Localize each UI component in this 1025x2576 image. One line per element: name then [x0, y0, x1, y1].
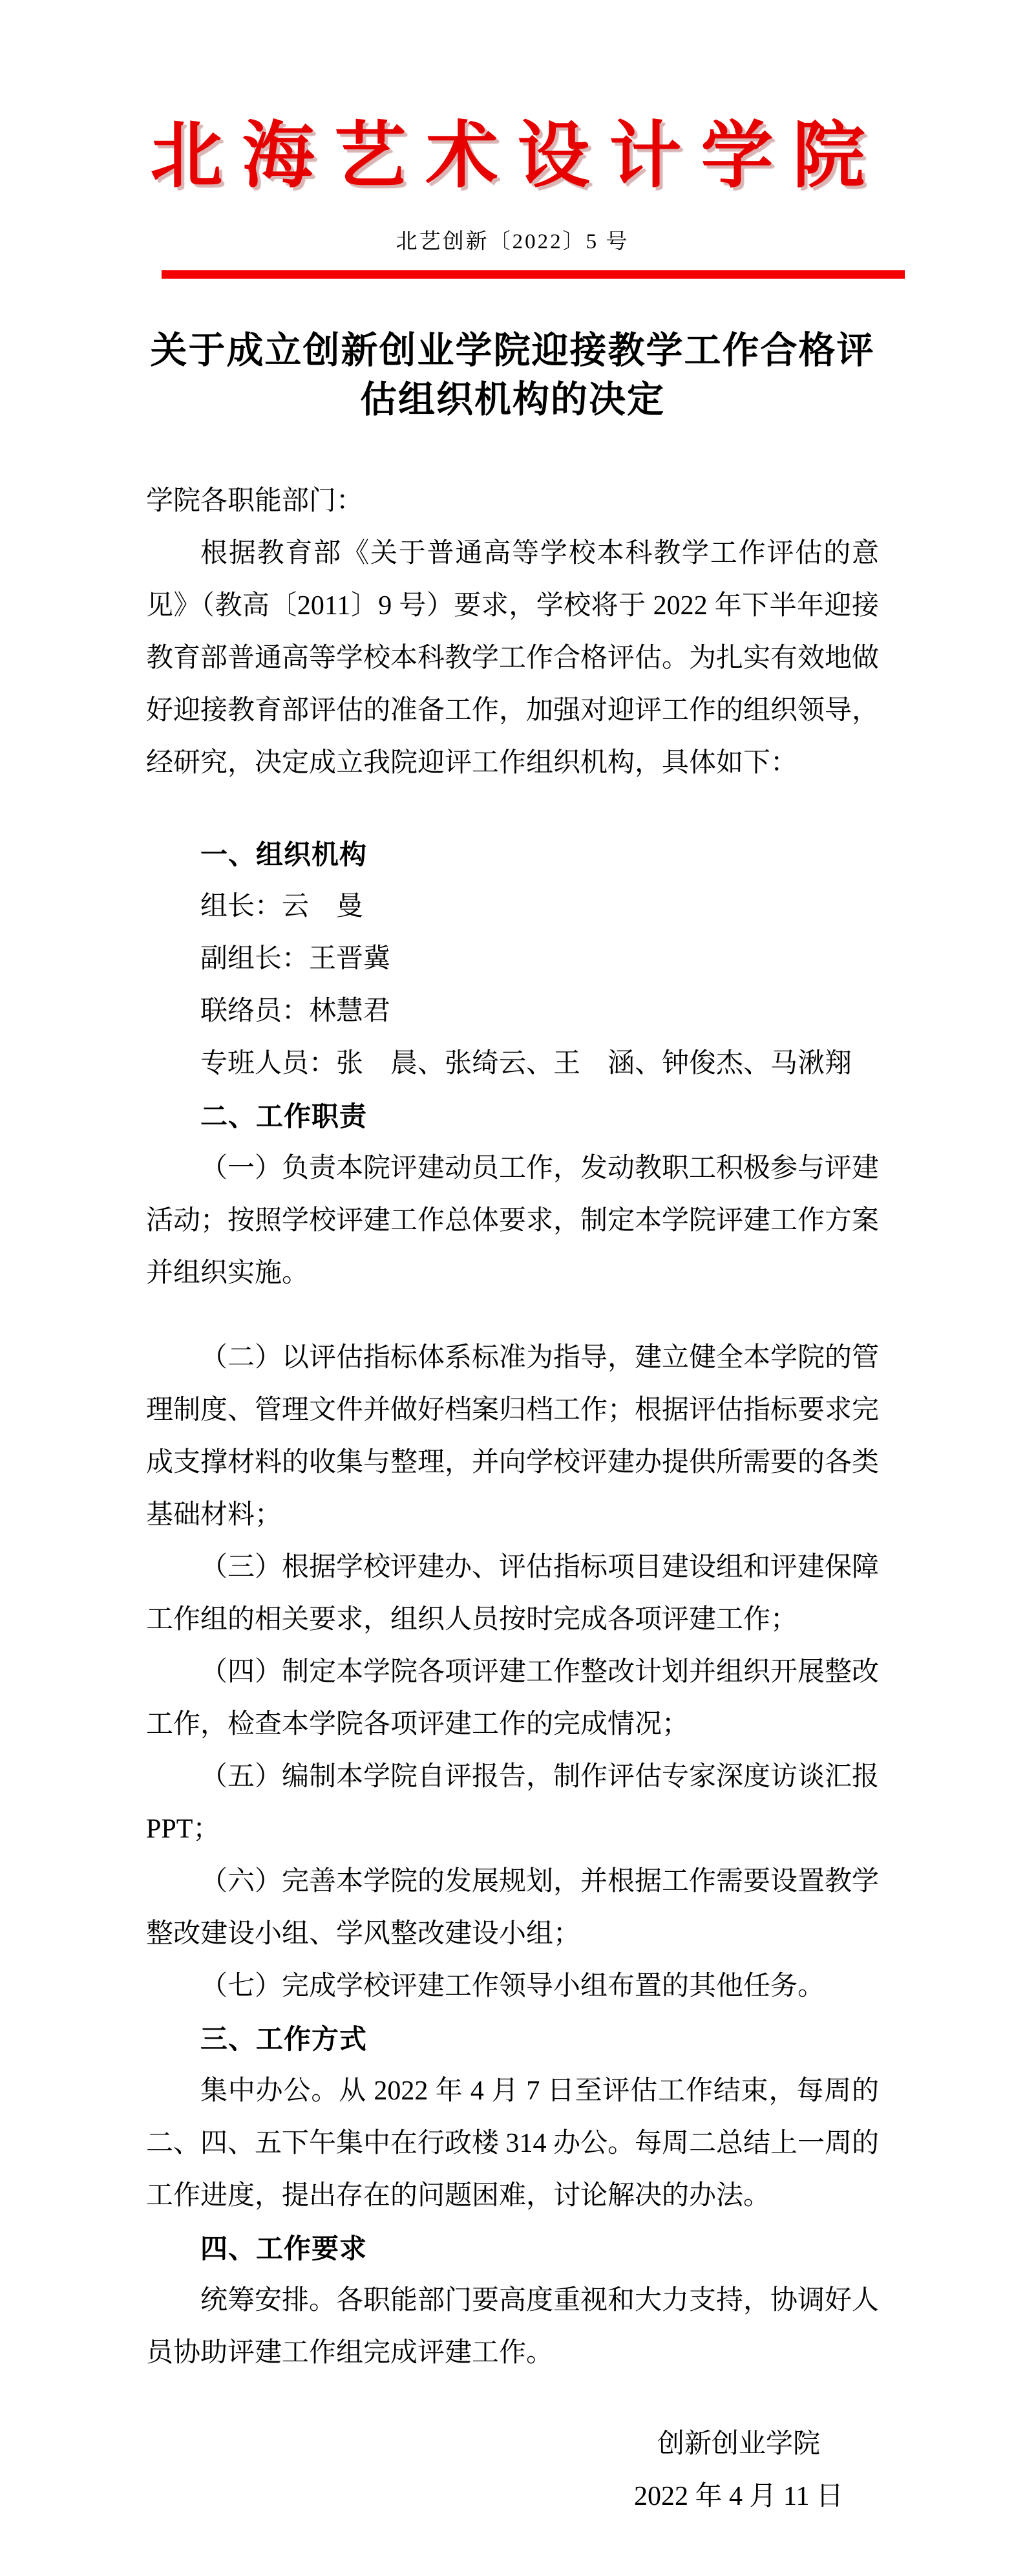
- salutation: 学院各职能部门：: [146, 475, 879, 528]
- signing-date: 2022 年 4 月 11 日: [634, 2471, 843, 2523]
- signing-department: 创新创业学院: [634, 2418, 843, 2471]
- document-body: 学院各职能部门： 根据教育部《关于普通高等学校本科教学工作评估的意见》（教高〔2…: [146, 475, 879, 2523]
- official-document-page: 北海艺术设计学院 北艺创新〔2022〕5 号 关于成立创新创业学院迎接教学工作合…: [0, 0, 1025, 2576]
- section4-paragraph: 统筹安排。各职能部门要高度重视和大力支持，协调好人员协助评建工作组完成评建工作。: [146, 2275, 879, 2379]
- duty-item-3: （三）根据学校评建办、评估指标项目建设组和评建保障工作组的相关要求，组织人员按时…: [146, 1541, 879, 1646]
- document-number: 北艺创新〔2022〕5 号: [0, 229, 1025, 255]
- signature-block: 创新创业学院 2022 年 4 月 11 日: [146, 2418, 879, 2523]
- duty-item-2: （二）以评估指标体系标准为指导，建立健全本学院的管理制度、管理文件并做好档案归档…: [146, 1332, 879, 1541]
- duty-item-5: （五）编制本学院自评报告，制作评估专家深度访谈汇报PPT；: [146, 1751, 879, 1856]
- document-title: 关于成立创新创业学院迎接教学工作合格评 估组织机构的决定: [0, 327, 1025, 425]
- section4-heading: 四、工作要求: [146, 2222, 879, 2275]
- institution-name-banner: 北海艺术设计学院: [10, 0, 1025, 198]
- duty-item-6: （六）完善本学院的发展规划，并根据工作需要设置教学整改建设小组、学风整改建设小组…: [146, 1856, 879, 1960]
- document-title-line1: 关于成立创新创业学院迎接教学工作合格评: [0, 327, 1025, 376]
- group-leader-line: 组长：云 曼: [146, 881, 879, 933]
- duty-item-7: （七）完成学校评建工作领导小组布置的其他任务。: [146, 1960, 879, 2013]
- section2-heading: 二、工作职责: [146, 1090, 879, 1143]
- red-divider-line: [162, 270, 905, 279]
- liaison-line: 联络员：林慧君: [146, 985, 879, 1038]
- duty-item-1: （一）负责本院评建动员工作，发动教职工积极参与评建活动；按照学校评建工作总体要求…: [146, 1143, 879, 1300]
- intro-paragraph: 根据教育部《关于普通高等学校本科教学工作评估的意见》（教高〔2011〕9 号）要…: [146, 528, 879, 789]
- section1-heading: 一、组织机构: [146, 828, 879, 881]
- deputy-leader-line: 副组长：王晋冀: [146, 933, 879, 985]
- signature-inner: 创新创业学院 2022 年 4 月 11 日: [634, 2418, 843, 2523]
- section3-paragraph: 集中办公。从 2022 年 4 月 7 日至评估工作结束，每周的二、四、五下午集…: [146, 2065, 879, 2222]
- section3-heading: 三、工作方式: [146, 2013, 879, 2065]
- duty-item-4: （四）制定本学院各项评建工作整改计划并组织开展整改工作，检查本学院各项评建工作的…: [146, 1646, 879, 1751]
- team-members-line: 专班人员：张 晨、张绮云、王 涵、钟俊杰、马湫翔: [146, 1038, 879, 1090]
- document-title-line2: 估组织机构的决定: [0, 376, 1025, 425]
